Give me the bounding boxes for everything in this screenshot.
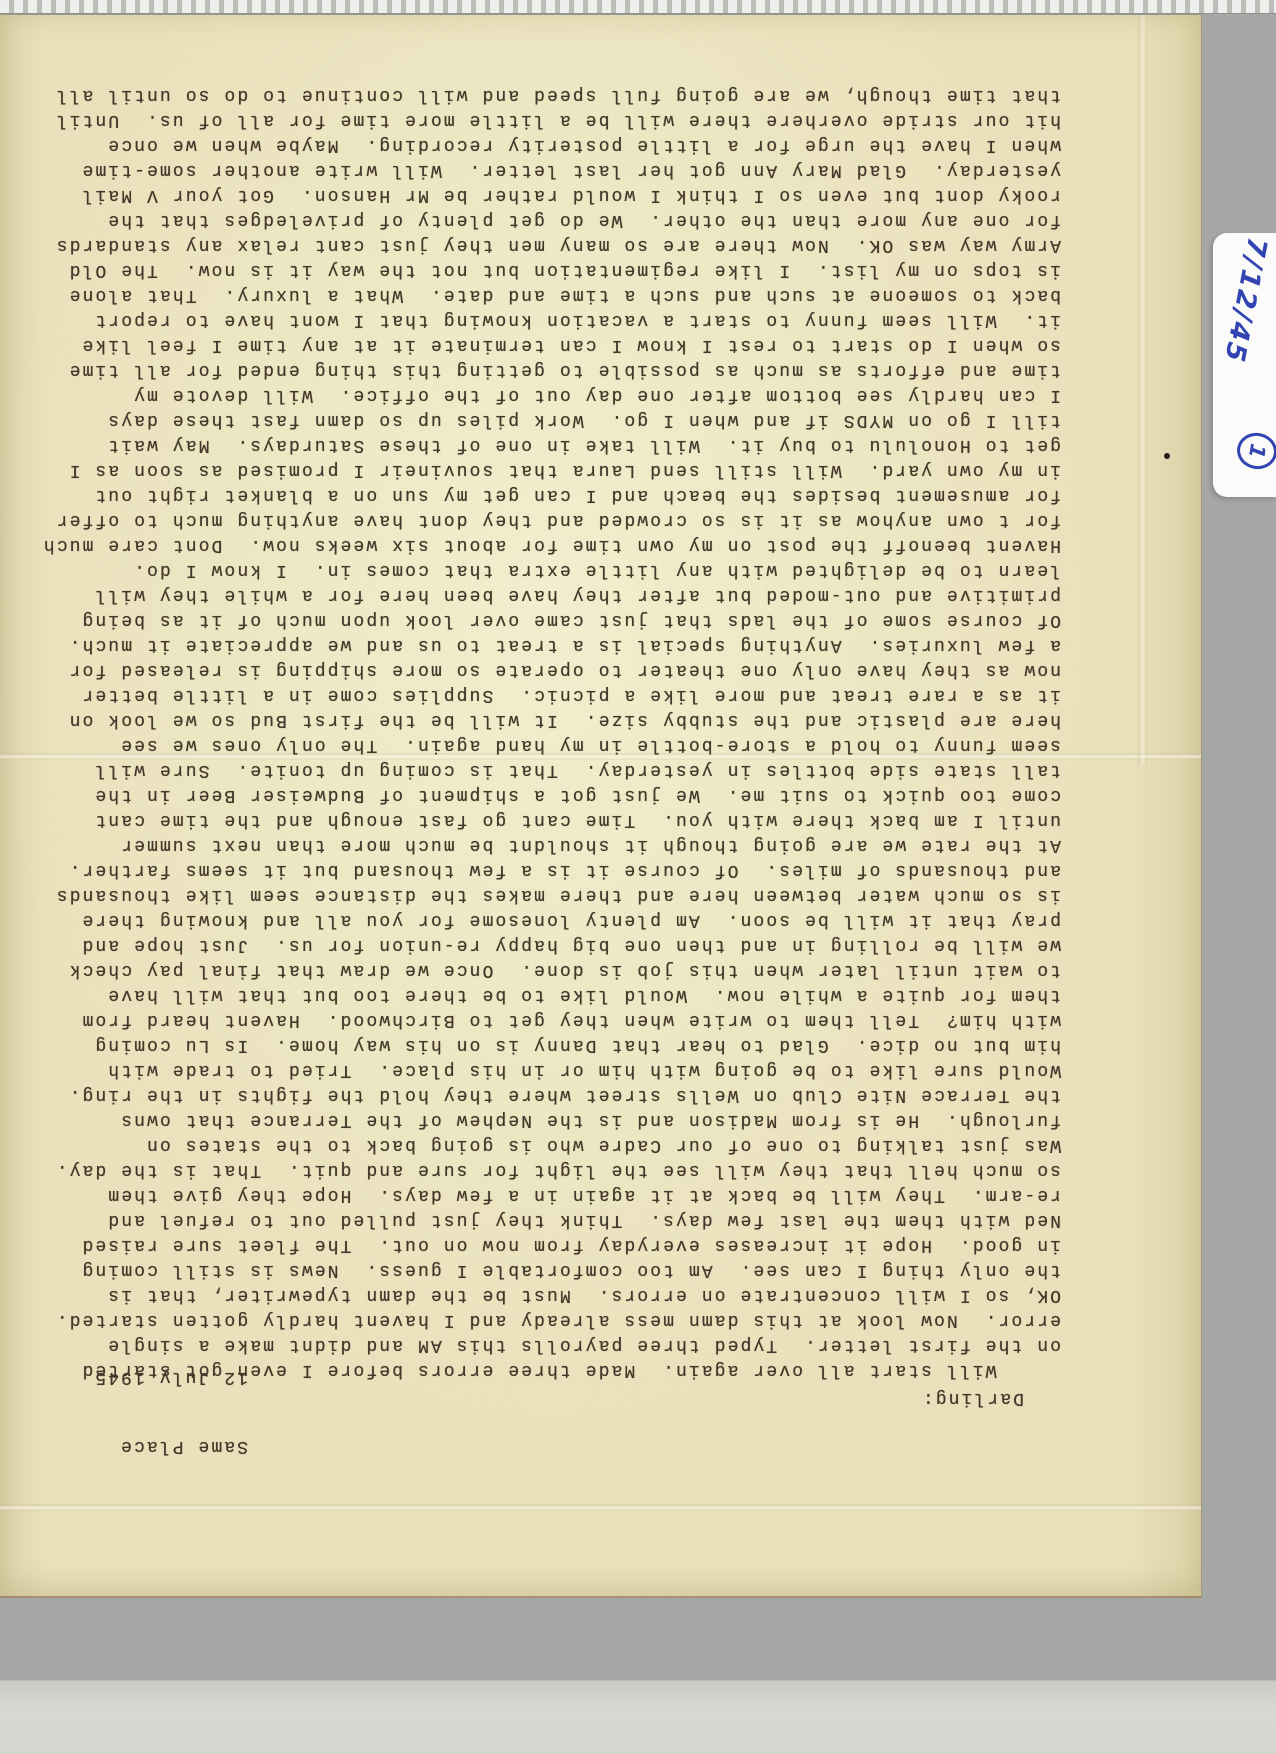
- page-number-circled: 1: [1234, 430, 1276, 472]
- scanned-letter-screenshot: { "scan": { "sleeve_label": { "handwritt…: [0, 0, 1276, 1754]
- sleeve-bottom-band: [0, 1680, 1276, 1754]
- sleeve-edge-texture: [0, 0, 1276, 14]
- letter-salutation: Darling:: [921, 1386, 1024, 1410]
- letter-heading-place: Same Place: [93, 1434, 248, 1457]
- handwritten-date-label: 7/12/45: [1219, 235, 1272, 359]
- letter-paper: Same Place 12 July 1945 Darling: Will st…: [0, 14, 1202, 1598]
- letter-content-rotated: Same Place 12 July 1945 Darling: Will st…: [0, 15, 1201, 1596]
- sleeve-index-tab: 7/12/45 1: [1213, 233, 1276, 497]
- letter-body-text: Will start all over again. Made three er…: [6, 82, 1061, 1382]
